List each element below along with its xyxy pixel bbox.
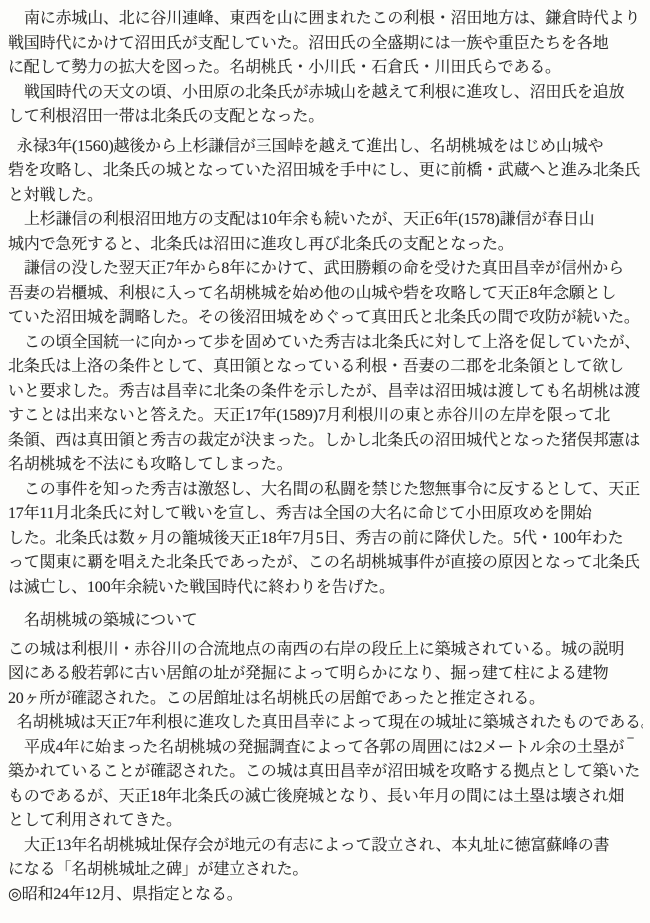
text-line: 城内で急死すると、北条氏は沼田に進攻し再び北条氏の支配となった。 — [8, 233, 643, 258]
text-line: って関東に覇を唱えた北条氏であったが、この名胡桃城事件が直接の原因となって北条氏 — [8, 551, 643, 576]
text-line: 17年11月北条氏に対して戦いを宣し、秀吉は全国の大名に命じて小田原攻めを開始 — [8, 502, 643, 527]
text-line: と対戦した。 — [8, 184, 643, 209]
text-line: この頃全国統一に向かって歩を固めていた秀吉は北条氏に対して上洛を促していたが、 — [8, 331, 643, 356]
text-line: 吾妻の岩櫃城、利根に入って名胡桃城を始め他の山城や砦を攻略して天正8年念願とし — [8, 282, 643, 307]
text-line: になる「名胡桃城址之碑」が建立された。 — [8, 858, 643, 883]
text-line: として利用されてきた。 — [8, 809, 643, 834]
scan-artifact-dash — [627, 737, 634, 739]
scanned-document-page: 南に赤城山、北に谷川連峰、東西を山に囲まれたこの利根・沼田地方は、鎌倉時代より … — [0, 0, 650, 923]
text-line: 条領、西は真田領と秀吉の裁定が決まった。しかし北条氏の沼田城代となった猪俣邦憲は — [8, 429, 643, 454]
text-line: した。北条氏は数ヶ月の籠城後天正18年7月5日、秀吉の前に降伏した。5代・100… — [8, 527, 643, 552]
text-line: 砦を攻略し、北条氏の城となっていた沼田城を手中にし、更に前橋・武蔵へと進み北条氏 — [8, 159, 643, 184]
text-line: 平成4年に始まった名胡桃城の発掘調査によって各郭の周囲には2メートル余の土塁が — [8, 736, 643, 761]
text-line: に配して勢力の拡大を図った。名胡桃氏・小川氏・石倉氏・川田氏らである。 — [8, 56, 643, 81]
text-line: この城は利根川・赤谷川の合流地点の南西の右岸の段丘上に築城されている。城の説明 — [8, 638, 643, 663]
text-line: は滅亡し、100年余続いた戦国時代に終わりを告げた。 — [8, 576, 643, 601]
text-line: 戦国時代の天文の頃、小田原の北条氏が赤城山を越えて利根に進攻し、沼田氏を追放 — [8, 81, 643, 106]
text-line: いと要求した。秀吉は昌幸に北条の条件を示したが、昌幸は沼田城は渡しても名胡桃は渡 — [8, 380, 643, 405]
text-line: 南に赤城山、北に谷川連峰、東西を山に囲まれたこの利根・沼田地方は、鎌倉時代より — [8, 7, 643, 32]
text-line: この事件を知った秀吉は激怒し、大名間の私闘を禁じた惣無事令に反するとして、天正 — [8, 478, 643, 503]
text-line: すことは出来ないと答えた。天正17年(1589)7月利根川の東と赤谷川の左岸を限… — [8, 404, 643, 429]
text-line: 名胡桃城を不法にも攻略してしまった。 — [8, 453, 643, 478]
text-line: 謙信の没した翌天正7年から8年にかけて、武田勝頼の命を受けた真田昌幸が信州から — [8, 257, 643, 282]
text-line: ものであるが、天正18年北条氏の滅亡後廃城となり、長い年月の間には土塁は壊され畑 — [8, 785, 643, 810]
text-line: ◎昭和24年12月、県指定となる。 — [8, 883, 643, 908]
text-line: 上杉謙信の利根沼田地方の支配は10年余も続いたが、天正6年(1578)謙信が春日… — [8, 208, 643, 233]
text-line: 20ヶ所が確認された。この居館址は名胡桃氏の居館であったと推定される。 — [8, 687, 643, 712]
text-line: 図にある般若郭に古い居館の址が発掘によって明らかになり、掘っ建て柱による建物 — [8, 662, 643, 687]
text-line: 永禄3年(1560)越後から上杉謙信が三国峠を越えて進出し、名胡桃城をはじめ山城… — [8, 135, 643, 160]
text-line: 大正13年名胡桃城址保存会が地元の有志によって設立され、本丸址に徳富蘇峰の書 — [8, 834, 643, 859]
section-heading: 名胡桃城の築城について — [8, 609, 643, 634]
text-line: して利根沼田一帯は北条氏の支配となった。 — [8, 105, 643, 130]
text-line: 築かれていることが確認された。この城は真田昌幸が沼田城を攻略する拠点として築いた — [8, 760, 643, 785]
text-line: 名胡桃城は天正7年利根に進攻した真田昌幸によって現在の城址に築城されたものである… — [8, 711, 643, 736]
text-line: 戦国時代にかけて沼田氏が支配していた。沼田氏の全盛期には一族や重臣たちを各地 — [8, 32, 643, 57]
text-line: ていた沼田城を調略した。その後沼田城をめぐって真田氏と北条氏の間で攻防が続いた。 — [8, 306, 643, 331]
text-line: 北条氏は上洛の条件として、真田領となっている利根・吾妻の二郡を北条領として欲し — [8, 355, 643, 380]
